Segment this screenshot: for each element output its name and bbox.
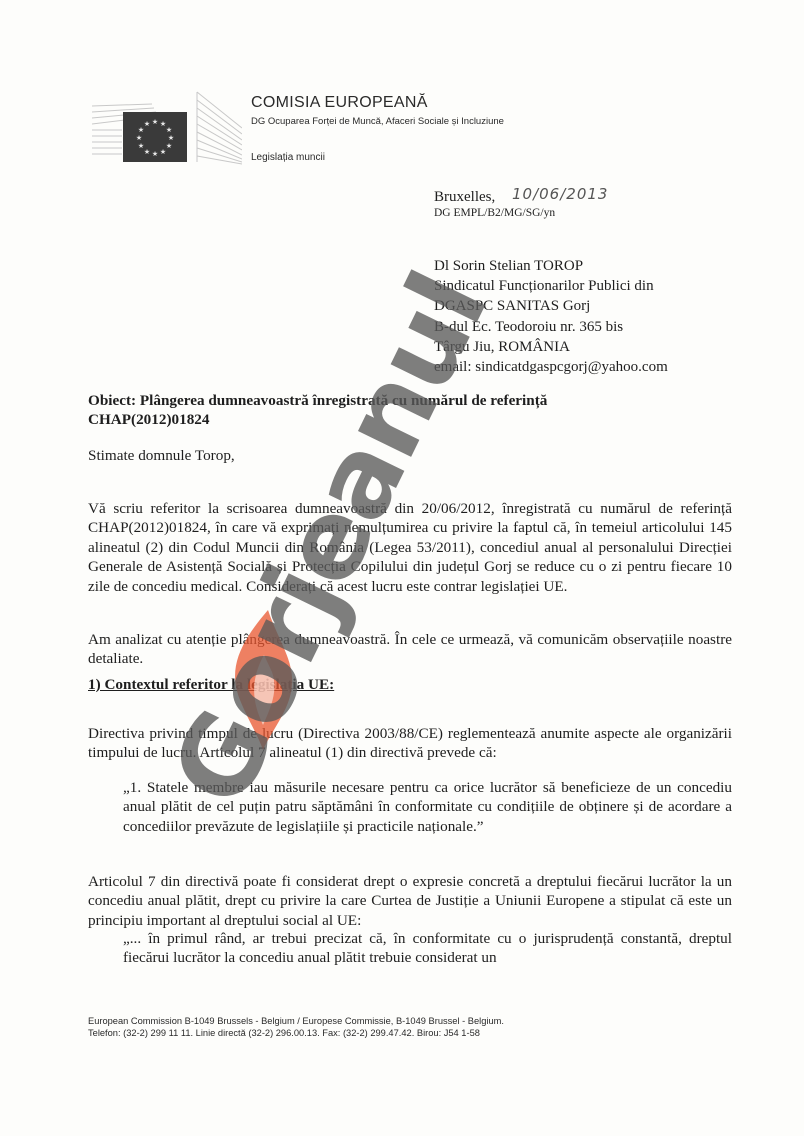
section-heading: 1) Contextul referitor la legislația UE: (88, 676, 334, 694)
svg-text:★: ★ (168, 134, 174, 142)
svg-text:★: ★ (138, 142, 144, 150)
directorate-general-name: DG Ocuparea Forței de Muncă, Afaceri Soc… (251, 116, 504, 127)
eu-flag-icon: ★★★ ★★★ ★★★ ★★★ (92, 88, 242, 168)
footer-contact: Telefon: (32-2) 299 11 11. Linie directă… (88, 1027, 504, 1039)
recipient-organization-2: DGASPC SANITAS Gorj (434, 296, 668, 316)
recipient-city: Târgu Jiu, ROMÂNIA (434, 337, 668, 357)
recipient-organization: Sindicatul Funcționarilor Publici din (434, 276, 668, 296)
svg-text:★: ★ (160, 148, 166, 156)
salutation: Stimate domnule Torop, (88, 447, 235, 465)
subject-line-2: CHAP(2012)01824 (88, 411, 547, 430)
paragraph-2: Am analizat cu atenție plângerea dumneav… (88, 630, 732, 669)
paragraph-3: Directiva privind timpul de lucru (Direc… (88, 724, 732, 763)
paragraph-1: Vă scriu referitor la scrisoarea dumneav… (88, 499, 732, 596)
subject-line-1: Obiect: Plângerea dumneavoastră înregist… (88, 392, 547, 411)
recipient-name: Dl Sorin Stelian TOROP (434, 256, 668, 276)
svg-text:★: ★ (136, 134, 142, 142)
recipient-email: email: sindicatdgaspcgorj@yahoo.com (434, 357, 668, 377)
svg-text:★: ★ (166, 142, 172, 150)
svg-text:★: ★ (144, 120, 150, 128)
organization-name: COMISIA EUROPEANĂ (251, 94, 428, 112)
unit-name: Legislația muncii (251, 152, 325, 163)
svg-text:★: ★ (152, 118, 158, 126)
svg-text:★: ★ (166, 126, 172, 134)
paragraph-4: Articolul 7 din directivă poate fi consi… (88, 872, 732, 930)
svg-text:★: ★ (144, 148, 150, 156)
letter-subject: Obiect: Plângerea dumneavoastră înregist… (88, 392, 547, 429)
handwritten-date: 10/06/2013 (512, 185, 608, 203)
quote-1: „1. Statele membre iau măsurile necesare… (123, 778, 732, 836)
recipient-street: B-dul Ec. Teodoroiu nr. 365 bis (434, 317, 668, 337)
quote-2: „... în primul rând, ar trebui precizat … (123, 929, 732, 968)
page-footer: European Commission B-1049 Brussels - Be… (88, 1015, 504, 1039)
dateline-city: Bruxelles, (434, 189, 495, 206)
svg-text:★: ★ (152, 150, 158, 158)
recipient-address: Dl Sorin Stelian TOROP Sindicatul Funcți… (434, 256, 668, 377)
reference-code: DG EMPL/B2/MG/SG/yn (434, 207, 555, 219)
eu-commission-logo: ★★★ ★★★ ★★★ ★★★ (92, 88, 242, 168)
footer-address: European Commission B-1049 Brussels - Be… (88, 1015, 504, 1027)
